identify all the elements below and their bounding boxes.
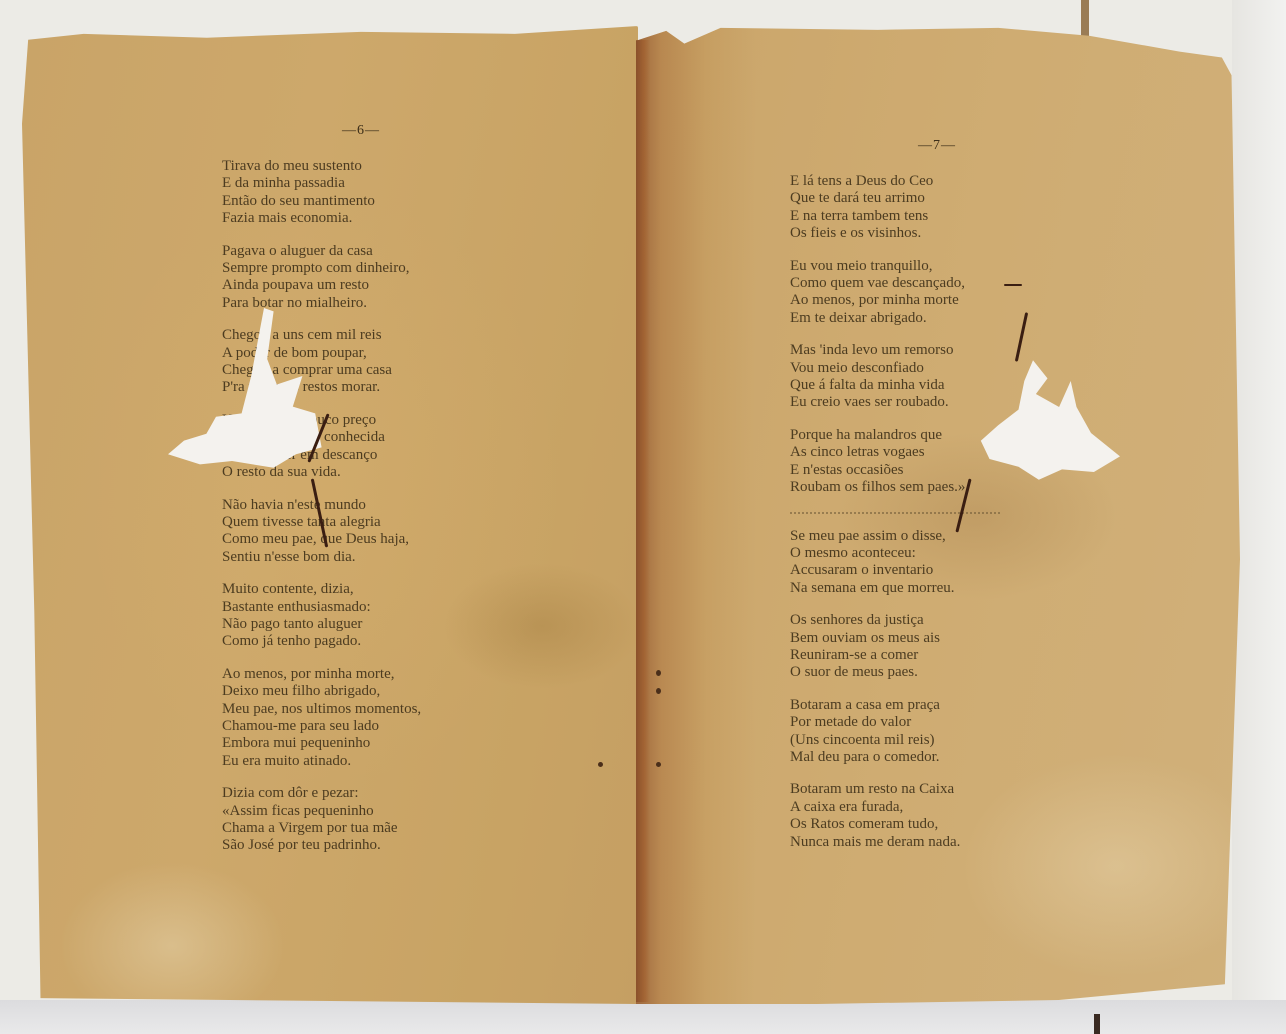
stanza: E lá tens a Deus do CeoQue te dará teu a… [790,173,1000,243]
verse-line: Nunca mais me deram nada. [790,834,1000,851]
verse-line: Sempre prompto com dinheiro, [222,260,421,277]
verse-line: As cinco letras vogaes [790,444,1000,461]
verse-line: Deixo meu filho abrigado, [222,683,421,700]
right-page-poem: E lá tens a Deus do CeoQue te dará teu a… [790,173,1000,866]
ink-spot [598,762,603,767]
verse-line: Accusaram o inventario [790,562,1000,579]
verse-line: Não havia n'este mundo [222,497,421,514]
verse-line: Dizia com dôr e pezar: [222,785,421,802]
verse-line: Sentiu n'esse bom dia. [222,549,421,566]
verse-line: Tirava do meu sustento [222,158,421,175]
verse-line: Botaram um resto na Caixa [790,781,1000,798]
verse-line: Bem ouviam os meus ais [790,630,1000,647]
verse-line: «Assim ficas pequeninho [222,803,421,820]
stanza: Se meu pae assim o disse,O mesmo acontec… [790,528,1000,598]
verse-line: (Uns cincoenta mil reis) [790,732,1000,749]
verse-line: Como quem vae descançado, [790,275,1000,292]
stanza: Dizia com dôr e pezar:«Assim ficas peque… [222,785,421,855]
verse-line: Pagava o aluguer da casa [222,243,421,260]
verse-line: Na semana em que morreu. [790,580,1000,597]
verse-line: Se meu pae assim o disse, [790,528,1000,545]
verse-line: Eu vou meio tranquillo, [790,258,1000,275]
verse-line: A caixa era furada, [790,799,1000,816]
stanza: Muito contente, dizia,Bastante enthusias… [222,581,421,651]
verse-line: Os Ratos comeram tudo, [790,816,1000,833]
verse-line: Bastante enthusiasmado: [222,599,421,616]
verse-line: Embora mui pequeninho [222,735,421,752]
left-page-number: —6— [342,123,380,139]
stanza: Pagava o aluguer da casaSempre prompto c… [222,243,421,313]
verse-line: Ao menos, por minha morte [790,292,1000,309]
verse-line: Que te dará teu arrimo [790,190,1000,207]
verse-line: Reuniram-se a comer [790,647,1000,664]
verse-line: Muito contente, dizia, [222,581,421,598]
verse-line: E n'estas occasiões [790,462,1000,479]
verse-line: Fazia mais economia. [222,210,421,227]
tear-mark [1004,284,1022,286]
ink-spot [656,688,661,694]
verse-line: São José por teu padrinho. [222,837,421,854]
verse-line: Mal deu para o comedor. [790,749,1000,766]
verse-line: Para botar no mialheiro. [222,295,421,312]
verse-line: Por metade do valor [790,714,1000,731]
verse-line: Meu pae, nos ultimos momentos, [222,701,421,718]
verse-line: Mas 'inda levo um remorso [790,342,1000,359]
stanza: Eu vou meio tranquillo,Como quem vae des… [790,258,1000,328]
stanza: Botaram um resto na CaixaA caixa era fur… [790,781,1000,851]
verse-line: Não pago tanto aluguer [222,616,421,633]
verse-line: O resto da sua vida. [222,464,421,481]
verse-line: Vou meio desconfiado [790,360,1000,377]
verse-line: Botaram a casa em praça [790,697,1000,714]
gutter-stain [636,40,650,1002]
verse-line: O mesmo aconteceu: [790,545,1000,562]
verse-line: Como já tenho pagado. [222,633,421,650]
stanza: Os senhores da justiçaBem ouviam os meus… [790,612,1000,682]
verse-line: Eu era muito atinado. [222,753,421,770]
wall-background [1232,0,1286,1034]
display-stand-rod [1081,0,1089,36]
stanza: Mas 'inda levo um remorsoVou meio descon… [790,342,1000,412]
verse-line: O suor de meus paes. [790,664,1000,681]
ink-spot [656,670,661,676]
verse-line: Então do seu mantimento [222,193,421,210]
stanza: Ao menos, por minha morte,Deixo meu filh… [222,666,421,770]
verse-line: Chama a Virgem por tua mãe [222,820,421,837]
verse-line: Os fieis e os visinhos. [790,225,1000,242]
stanza: Tirava do meu sustentoE da minha passadi… [222,158,421,228]
stanza: Botaram a casa em praçaPor metade do val… [790,697,1000,767]
verse-line: A poder de bom poupar, [222,345,421,362]
verse-line: Chegou a uns cem mil reis [222,327,421,344]
right-page-number: —7— [918,138,956,154]
verse-line: E lá tens a Deus do Ceo [790,173,1000,190]
verse-line: Ao menos, por minha morte, [222,666,421,683]
left-page-poem: Tirava do meu sustentoE da minha passadi… [222,158,421,870]
verse-line: Porque ha malandros que [790,427,1000,444]
ink-spot [656,762,661,767]
verse-line: Em te deixar abrigado. [790,310,1000,327]
verse-line: Eu creio vaes ser roubado. [790,394,1000,411]
verse-line: E na terra tambem tens [790,208,1000,225]
verse-line: Os senhores da justiça [790,612,1000,629]
verse-line: E da minha passadia [222,175,421,192]
display-stand-foot [1094,1014,1100,1034]
verse-line: Chamou-me para seu lado [222,718,421,735]
section-divider [790,512,1000,514]
verse-line: Ainda poupava um resto [222,277,421,294]
verse-line: Que á falta da minha vida [790,377,1000,394]
